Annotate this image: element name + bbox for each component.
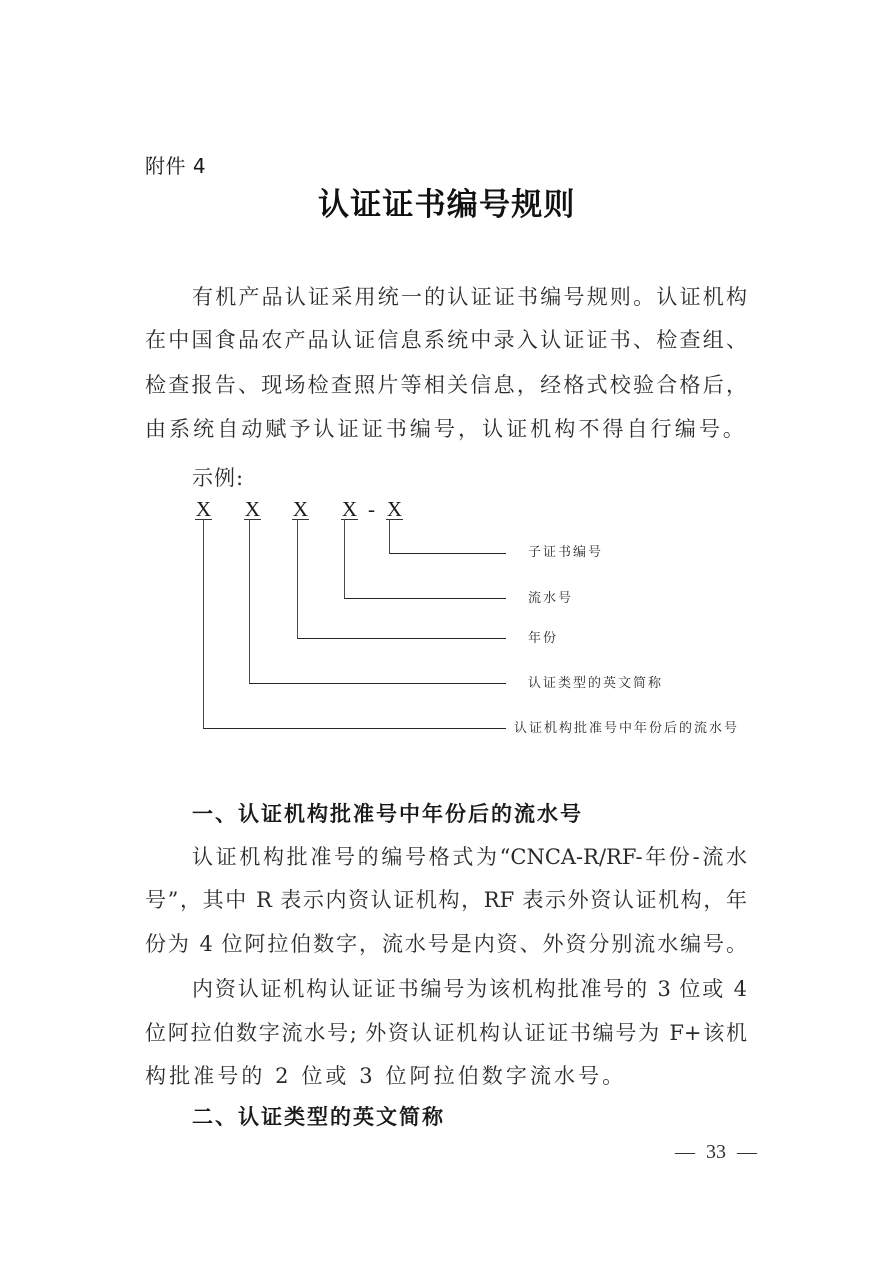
connector-line-sub-cert [389, 519, 506, 554]
section-heading: 二、认证类型的英文简称 [192, 1103, 445, 1131]
legend-approval-serial: 认证机构批准号中年份后的流水号 [514, 721, 739, 737]
document-page: 附件 4 认证证书编号规则 有机产品认证采用统一的认证证书编号规则。认证机构 在… [0, 0, 892, 1262]
attachment-label: 附件 4 [145, 153, 206, 179]
code-separator: - [368, 499, 375, 519]
code-segment-year: X [292, 499, 309, 520]
page-number: — 33 — [675, 1140, 757, 1164]
section-heading: 一、认证机构批准号中年份后的流水号 [192, 800, 583, 828]
paragraph-line: 在中国食品农产品认证信息系统中录入认证证书、检查组、 [145, 326, 747, 354]
code-segment-type-abbr: X [244, 499, 261, 520]
paragraph-line: 认证机构批准号的编号格式为“CNCA-R/RF-年份-流水 [192, 843, 747, 871]
paragraph-line: 由系统自动赋予认证证书编号，认证机构不得自行编号。 [145, 415, 747, 443]
code-segment-sub-cert: X [386, 499, 403, 520]
legend-type-abbr: 认证类型的英文简称 [528, 676, 663, 692]
paragraph-line: 有机产品认证采用统一的认证证书编号规则。认证机构 [192, 283, 747, 311]
legend-sub-cert: 子证书编号 [528, 545, 603, 561]
paragraph-line: 内资认证机构认证证书编号为该机构批准号的 3 位或 4 [192, 975, 747, 1003]
code-segment-serial: X [341, 499, 358, 520]
paragraph-line: 位阿拉伯数字流水号; 外资认证机构认证证书编号为 F+该机 [145, 1019, 747, 1047]
paragraph-line: 号”，其中 R 表示内资认证机构，RF 表示外资认证机构，年 [145, 886, 747, 914]
paragraph-line: 检查报告、现场检查照片等相关信息，经格式校验合格后， [145, 371, 747, 399]
document-title: 认证证书编号规则 [318, 187, 576, 223]
legend-year: 年份 [528, 631, 558, 647]
code-segment-approval-serial: X [195, 499, 212, 520]
paragraph-line: 构批准号的 2 位或 3 位阿拉伯数字流水号。 [145, 1062, 626, 1090]
legend-serial: 流水号 [528, 591, 573, 607]
example-label: 示例: [192, 464, 244, 492]
paragraph-line: 份为 4 位阿拉伯数字，流水号是内资、外资分别流水编号。 [145, 930, 747, 958]
